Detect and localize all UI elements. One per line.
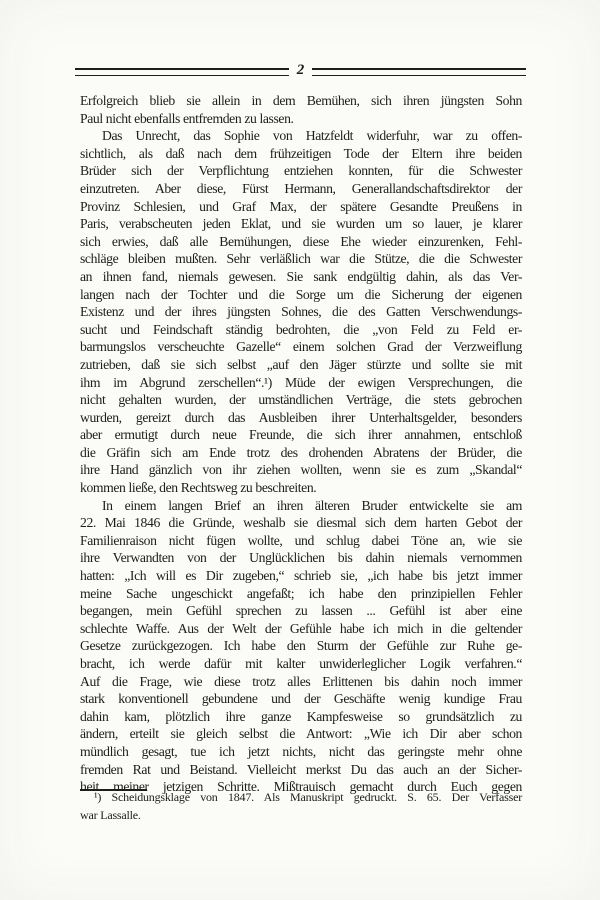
text-line: Erfolgreich blieb sie allein in dem Bemü… — [80, 92, 522, 110]
text-line: hatten: „Ich will es Dir zugeben,“ schri… — [80, 567, 522, 585]
text-line: zutrieben, daß sie sich selbst „auf den … — [80, 356, 522, 374]
page-number: 2 — [289, 63, 313, 78]
text-line: Das Unrecht, das Sophie von Hatzfeldt wi… — [80, 127, 522, 145]
footnote-line: war Lassalle. — [80, 807, 522, 825]
footnote: ¹) Scheidungsklage von 1847. Als Manuskr… — [80, 789, 522, 824]
running-head: 2 — [75, 64, 526, 79]
text-line: wurden, gereizt durch das Ausbleiben ihr… — [80, 409, 522, 427]
text-line: sich erwies, daß alle Bemühungen, diese … — [80, 233, 522, 251]
text-line: mündlich gesagt, tue ich jetzt nichts, n… — [80, 743, 522, 761]
text-line: kommen ließe, den Rechtsweg zu beschreit… — [80, 479, 522, 497]
text-line: ihre Verwandten von der Unglücklichen bi… — [80, 549, 522, 567]
header-rule-left — [75, 68, 289, 76]
text-line: schläge bleiben mußten. Sehr verläßlich … — [80, 250, 522, 268]
text-line: die Gräfin sich am Ende trotz des drohen… — [80, 444, 522, 462]
text-line: einzutreten. Aber diese, Fürst Hermann, … — [80, 180, 522, 198]
text-line: langen nach der Tochter und die Sorge um… — [80, 286, 522, 304]
text-line: Gesetze zurückgezogen. Ich habe den Stur… — [80, 637, 522, 655]
text-line: begangen, mein Gefühl sprechen zu lassen… — [80, 602, 522, 620]
text-line: ihre Hand gänzlich von ihr ziehen wollte… — [80, 461, 522, 479]
text-line: Auf die Frage, wie diese trotz alles Erl… — [80, 673, 522, 691]
book-page: 2 Erfolgreich blieb sie allein in dem Be… — [0, 0, 600, 900]
footnote-line: ¹) Scheidungsklage von 1847. Als Manuskr… — [80, 789, 522, 807]
text-line: stark konventionell gebundene und der Ge… — [80, 690, 522, 708]
body-text: Erfolgreich blieb sie allein in dem Bemü… — [80, 92, 522, 796]
text-line: sucht und Feindschaft ständig bedrohten,… — [80, 321, 522, 339]
text-line: sichtlich, als daß nach dem frühzeitigen… — [80, 145, 522, 163]
text-line: Brüder sich der Verpflichtung entziehen … — [80, 162, 522, 180]
text-line: an ihnen fand, niemals gewesen. Sie sank… — [80, 268, 522, 286]
text-line: schlechte Waffe. Aus der Welt der Gefühl… — [80, 620, 522, 638]
text-line: ändern, erteilt sie gleich selbst die An… — [80, 725, 522, 743]
text-line: meine Sache ungeschickt angefaßt; ich ha… — [80, 585, 522, 603]
header-rule-right — [312, 68, 526, 76]
text-line: barmungslos verscheuchte Gazelle“ einem … — [80, 338, 522, 356]
text-line: In einem langen Brief an ihren älteren B… — [80, 497, 522, 515]
text-line: Paul nicht ebenfalls entfremden zu lasse… — [80, 110, 522, 128]
text-line: Existenz und der ihres jüngsten Sohnes, … — [80, 303, 522, 321]
text-line: dahin kam, plötzlich ihre ganze Kampfesw… — [80, 708, 522, 726]
text-line: aber ermutigt durch neue Freunde, die si… — [80, 426, 522, 444]
text-line: bracht, ich werde dafür mit kalter unwid… — [80, 655, 522, 673]
text-line: Paris, verabscheuten jeden Eklat, und si… — [80, 215, 522, 233]
text-line: nicht gehalten wurden, der umständlichen… — [80, 391, 522, 409]
text-line: fremden Rat und Beistand. Vielleicht mer… — [80, 761, 522, 779]
text-line: Provinz Schlesien, und Graf Max, der spä… — [80, 198, 522, 216]
text-line: Familienraison nicht fügen wollte, und s… — [80, 532, 522, 550]
text-line: ihm im Abgrund zerschellen“.¹) Müde der … — [80, 374, 522, 392]
text-line: 22. Mai 1846 die Gründe, weshalb sie die… — [80, 514, 522, 532]
